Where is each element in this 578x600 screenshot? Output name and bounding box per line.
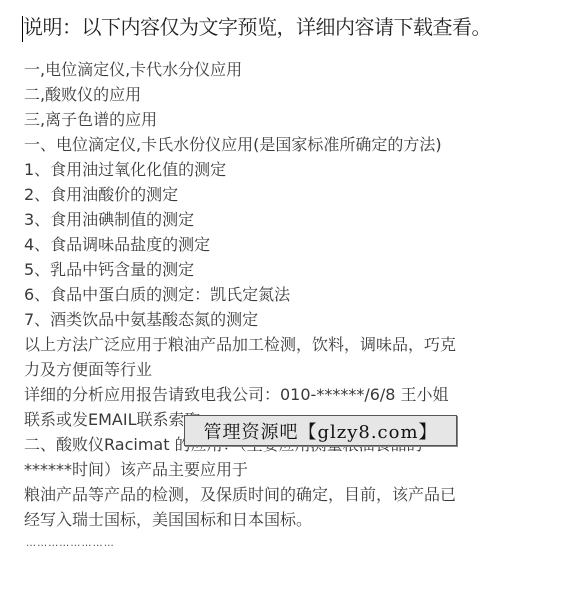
list-item: 2、食用油酸价的测定 <box>24 182 569 207</box>
watermark-banner: 管理资源吧【glzy8.com】 <box>184 415 457 446</box>
contact-line: 详细的分析应用报告请致电我公司：010-******/6/8 王小姐 <box>24 382 569 407</box>
document-body: 一,电位滴定仪,卡代水分仪应用 二,酸败仪的应用 三,离子色谱的应用 一、电位滴… <box>24 57 569 532</box>
paragraph-line: 粮油产品等产品的检测，及保质时间的确定，目前，该产品已 <box>24 482 569 507</box>
list-item: 5、乳品中钙含量的测定 <box>24 257 569 282</box>
paragraph-line: 以上方法广泛应用于粮油产品加工检测，饮料，调味品，巧克 <box>24 332 569 357</box>
paragraph-line: ******时间）该产品主要应用于 <box>24 457 569 482</box>
toc-line-2: 二,酸败仪的应用 <box>24 82 569 107</box>
toc-line-1: 一,电位滴定仪,卡代水分仪应用 <box>24 57 569 82</box>
list-item: 7、酒类饮品中氨基酸态氮的测定 <box>24 307 569 332</box>
truncation-ellipsis: …………………… <box>26 539 115 549</box>
paragraph-line: 力及方便面等行业 <box>24 357 569 382</box>
preview-notice: 说明：以下内容仅为文字预览，详细内容请下载查看。 <box>23 14 491 40</box>
list-item: 6、食品中蛋白质的测定：凯氏定氮法 <box>24 282 569 307</box>
list-item: 1、食用油过氧化化值的测定 <box>24 157 569 182</box>
list-item: 4、食品调味品盐度的测定 <box>24 232 569 257</box>
section-heading-1: 一、电位滴定仪,卡氏水份仪应用(是国家标准所确定的方法) <box>24 132 569 157</box>
toc-line-3: 三,离子色谱的应用 <box>24 107 569 132</box>
list-item: 3、食用油碘制值的测定 <box>24 207 569 232</box>
paragraph-line: 经写入瑞士国标，美国国标和日本国标。 <box>24 507 569 532</box>
